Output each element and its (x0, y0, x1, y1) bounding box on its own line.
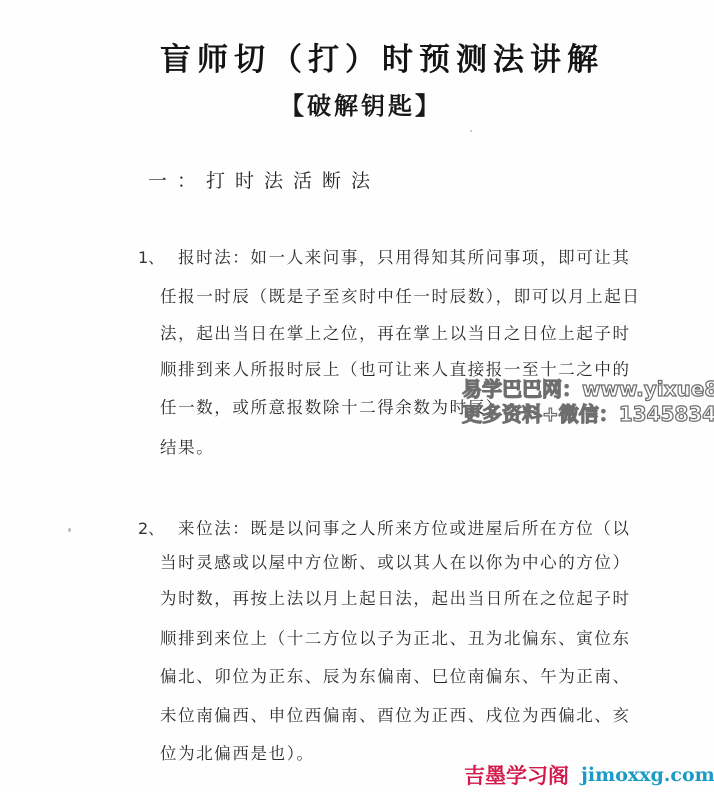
footer-brand-logo[interactable]: 吉墨学习阁 jimoxxg.com (464, 762, 714, 788)
paragraph-line: 任报一时辰（既是子至亥时中任一时辰数），即可以月上起日 (160, 283, 640, 307)
paragraph-line: 法，起出当日在掌上之位，再在掌上以当日之日位上起子时 (160, 320, 631, 344)
paragraph-line: 为时数，再按上法以月上起日法，起出当日所在之位起子时 (160, 585, 631, 609)
paragraph-line: 顺排到来位上（十二方位以子为正北、丑为北偏东、寅位东 (160, 625, 631, 649)
brand-url-link[interactable]: jimoxxg.com (581, 764, 714, 786)
item-number: 2、 (138, 516, 164, 539)
brand-name: 吉墨学习阁 (464, 760, 569, 790)
paragraph-line: 未位南偏西、申位西偏南、酉位为正西、戌位为西偏北、亥 (160, 702, 631, 726)
document-subtitle: 【破解钥匙】 (280, 86, 442, 121)
scan-speck (470, 130, 472, 132)
paragraph-line: 当时灵感或以屋中方位断、或以其人在以你为中心的方位） (160, 549, 631, 573)
paragraph-line: 位为北偏西是也）。 (160, 740, 315, 764)
scan-speck (68, 528, 71, 532)
paragraph-line: 报时法：如一人来问事，只用得知其所问事项，即可让其 (178, 244, 631, 268)
paragraph-line: 偏北、卯位为正东、辰为东偏南、巳位南偏东、午为正南、 (160, 663, 631, 687)
watermark-contact: 更多资料+微信：13458344044 (462, 398, 714, 427)
paragraph-line: 结果。 (160, 434, 214, 458)
scanned-document-page: 盲师切（打）时预测法讲解 【破解钥匙】 一：打时法活断法 1、 报时法：如一人来… (0, 0, 714, 792)
item-number: 1、 (138, 245, 164, 268)
document-title: 盲师切（打）时预测法讲解 (160, 34, 580, 79)
paragraph-line: 任一数，或所意报数除十二得余数为时辰） (160, 394, 504, 418)
section-heading: 一：打时法活断法 (148, 166, 380, 193)
paragraph-line: 来位法：既是以问事之人所来方位或进屋后所在方位（以 (178, 515, 631, 539)
